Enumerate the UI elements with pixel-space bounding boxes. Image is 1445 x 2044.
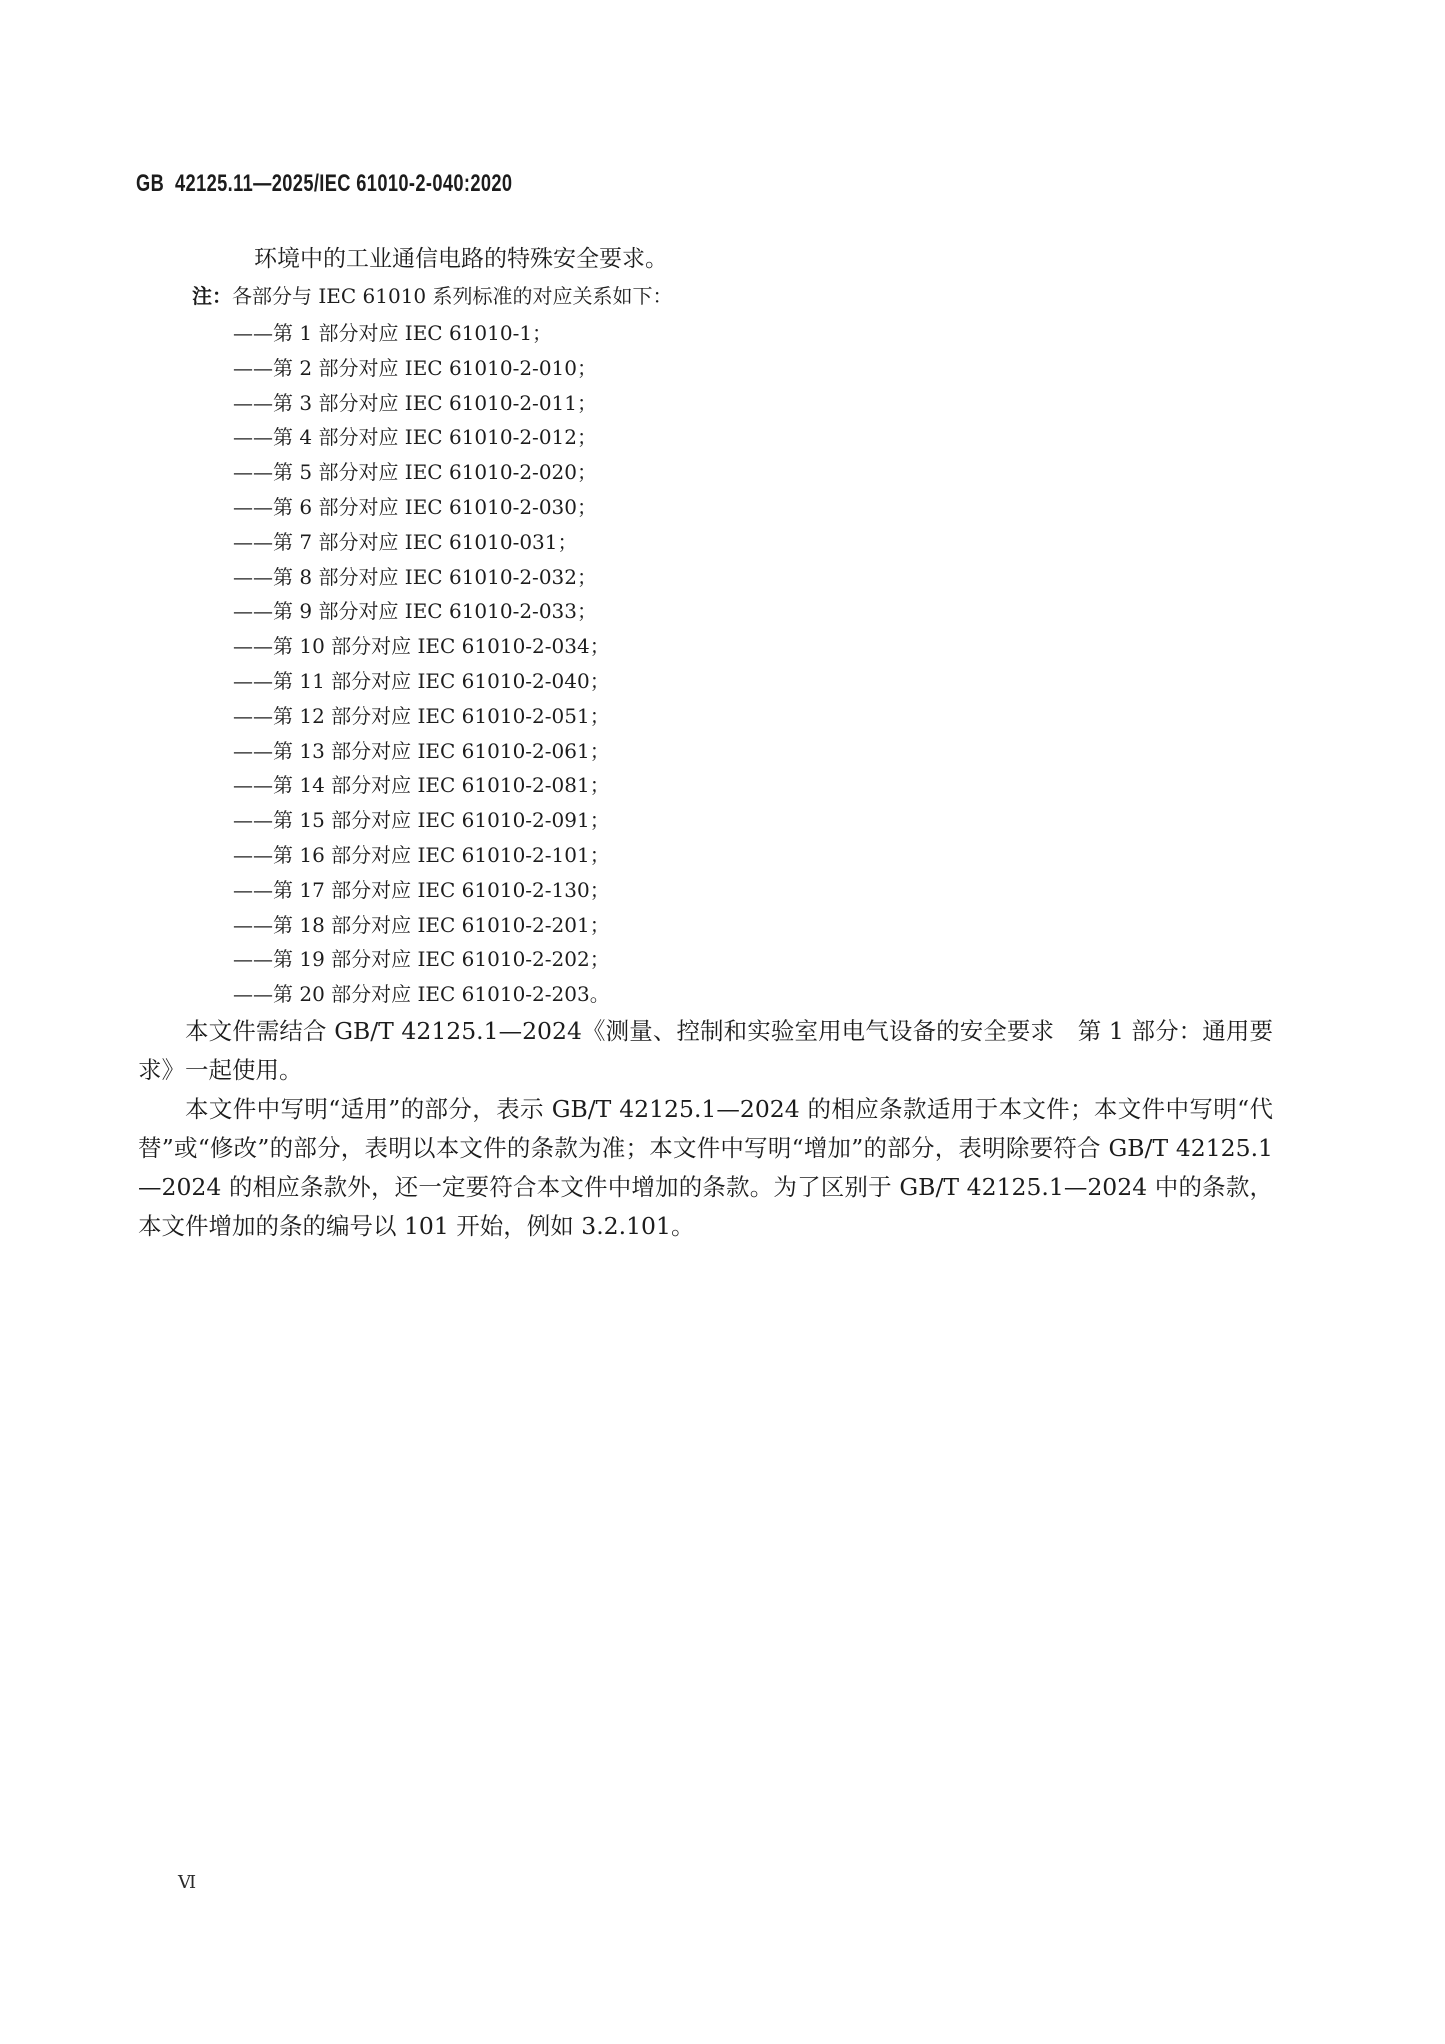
note-label: 注： [192, 286, 232, 308]
standard-number-header: GB 42125.11—2025/IEC 61010-2-040:2020 [136, 170, 512, 198]
part-correspondence-item: ——第 7 部分对应 IEC 61010-031； [233, 525, 1273, 560]
part-correspondence-item: ——第 19 部分对应 IEC 61010-2-202； [233, 942, 1273, 977]
part-correspondence-item: ——第 6 部分对应 IEC 61010-2-030； [233, 490, 1273, 525]
document-body: 环境中的工业通信电路的特殊安全要求。 注：各部分与 IEC 61010 系列标准… [138, 241, 1273, 1246]
document-page: GB 42125.11—2025/IEC 61010-2-040:2020 环境… [0, 0, 1445, 2044]
part-correspondence-item: ——第 3 部分对应 IEC 61010-2-011； [233, 386, 1273, 421]
parts-correspondence-list: ——第 1 部分对应 IEC 61010-1；——第 2 部分对应 IEC 61… [138, 316, 1273, 1012]
part-correspondence-item: ——第 13 部分对应 IEC 61010-2-061； [233, 734, 1273, 769]
part-correspondence-item: ——第 8 部分对应 IEC 61010-2-032； [233, 560, 1273, 595]
part-correspondence-item: ——第 20 部分对应 IEC 61010-2-203。 [233, 977, 1273, 1012]
part-correspondence-item: ——第 9 部分对应 IEC 61010-2-033； [233, 594, 1273, 629]
note-intro-text: 各部分与 IEC 61010 系列标准的对应关系如下： [232, 284, 673, 308]
paragraph-application-rules: 本文件中写明“适用”的部分，表示 GB/T 42125.1—2024 的相应条款… [138, 1090, 1273, 1246]
part-correspondence-item: ——第 14 部分对应 IEC 61010-2-081； [233, 768, 1273, 803]
intro-continuation-line: 环境中的工业通信电路的特殊安全要求。 [138, 241, 1273, 277]
part-correspondence-item: ——第 4 部分对应 IEC 61010-2-012； [233, 420, 1273, 455]
note-block: 注：各部分与 IEC 61010 系列标准的对应关系如下： [138, 277, 1273, 316]
part-correspondence-item: ——第 15 部分对应 IEC 61010-2-091； [233, 803, 1273, 838]
part-correspondence-item: ——第 5 部分对应 IEC 61010-2-020； [233, 455, 1273, 490]
part-correspondence-item: ——第 12 部分对应 IEC 61010-2-051； [233, 699, 1273, 734]
part-correspondence-item: ——第 10 部分对应 IEC 61010-2-034； [233, 629, 1273, 664]
part-correspondence-item: ——第 1 部分对应 IEC 61010-1； [233, 316, 1273, 351]
paragraph-combined-use: 本文件需结合 GB/T 42125.1—2024《测量、控制和实验室用电气设备的… [138, 1012, 1273, 1090]
part-correspondence-item: ——第 2 部分对应 IEC 61010-2-010； [233, 351, 1273, 386]
part-correspondence-item: ——第 17 部分对应 IEC 61010-2-130； [233, 873, 1273, 908]
part-correspondence-item: ——第 11 部分对应 IEC 61010-2-040； [233, 664, 1273, 699]
page-number: Ⅵ [178, 1872, 196, 1893]
part-correspondence-item: ——第 16 部分对应 IEC 61010-2-101； [233, 838, 1273, 873]
part-correspondence-item: ——第 18 部分对应 IEC 61010-2-201； [233, 908, 1273, 943]
